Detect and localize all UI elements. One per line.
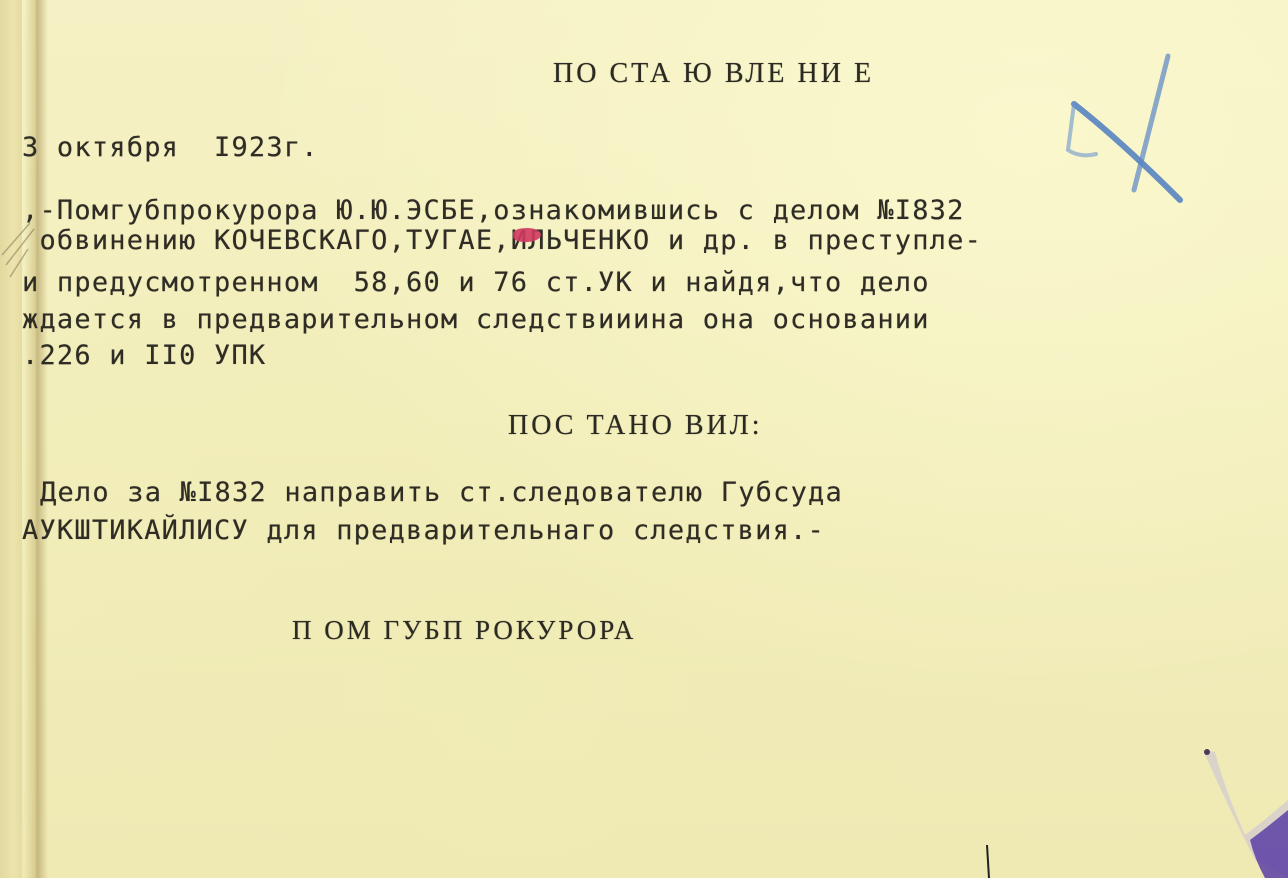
resolution-heading: ПОС ТАНО ВИЛ: bbox=[508, 410, 763, 442]
body-line: и предусмотренном 58,60 и 76 ст.УК и най… bbox=[22, 268, 930, 298]
document-date: 3 октября I923г. bbox=[22, 133, 319, 163]
binding-edge bbox=[0, 0, 22, 878]
body-line: .226 и II0 УПК bbox=[22, 341, 266, 371]
resolution-line: АУКШТИКАЙЛИСУ для предварительнаго следс… bbox=[22, 516, 825, 546]
ink-stroke-icon bbox=[985, 845, 991, 878]
signature-title: П ОМ ГУБП РОКУРОРА bbox=[292, 615, 636, 646]
document-page: ПО СТА Ю ВЛЕ НИ Е 3 октября I923г. ,-Пом… bbox=[0, 0, 1288, 878]
body-line: обвинению КОЧЕВСКАГО,ТУГАЕ,ИЛЬЧЕНКО и др… bbox=[22, 226, 982, 256]
resolution-line: Дело за №I832 направить ст.следователю Г… bbox=[40, 478, 843, 508]
body-line: ,-Помгубпрокурора Ю.Ю.ЭСБЕ,ознакомившись… bbox=[22, 196, 965, 226]
purple-stamp-icon bbox=[1195, 740, 1288, 878]
document-title: ПО СТА Ю ВЛЕ НИ Е bbox=[553, 58, 874, 90]
body-line: ждается в предварительном следствииина о… bbox=[22, 305, 930, 335]
blue-pencil-cross-icon bbox=[1060, 50, 1210, 220]
